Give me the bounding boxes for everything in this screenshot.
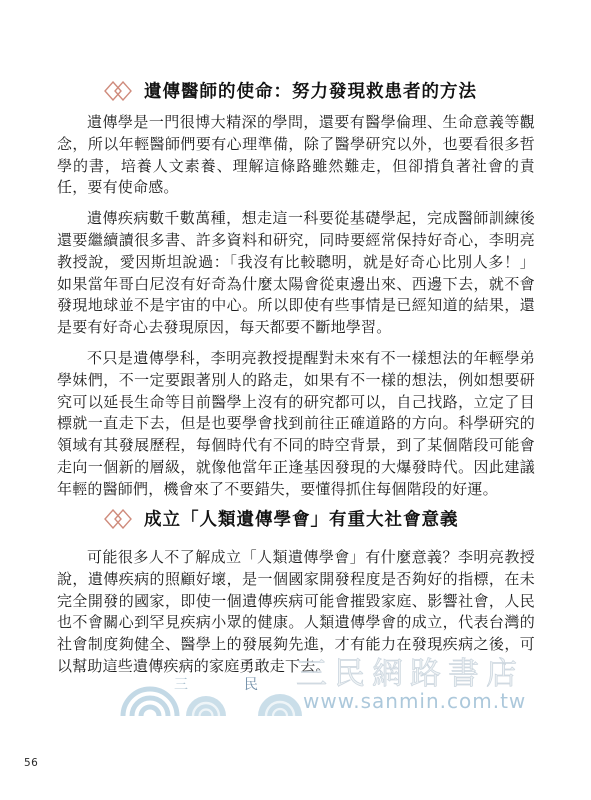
section-body: 可能很多人不了解成立「人類遺傳學會」有什麼意義？李明亮教授說，遺傳疾病的照顧好壞… — [57, 547, 535, 678]
sanmin-arch-icon — [186, 696, 226, 716]
paragraph: 遺傳學是一門很博大精深的學問，還要有醫學倫理、生命意義等觀念，所以年輕醫師們要有… — [57, 112, 535, 199]
sanmin-char-san: 三 — [174, 677, 188, 693]
paragraph: 不只是遺傳學科，李明亮教授提醒對未來有不一樣想法的年輕學弟學妹們，不一定要跟著別… — [57, 348, 535, 501]
double-diamond-icon — [103, 509, 133, 529]
section-heading: 成立「人類遺傳學會」有重大社會意義 — [103, 506, 459, 531]
section-body: 遺傳學是一門很博大精深的學問，還要有醫學倫理、生命意義等觀念，所以年輕醫師們要有… — [57, 112, 535, 501]
page-number: 56 — [24, 757, 38, 769]
sanmin-char-min: 民 — [244, 677, 258, 693]
book-page: 遺傳醫師的使命：努力發現救患者的方法 遺傳學是一門很博大精深的學問，還要有醫學倫… — [0, 0, 591, 800]
section-title: 遺傳醫師的使命：努力發現救患者的方法 — [144, 78, 477, 103]
sanmin-arches-icon — [123, 689, 177, 716]
section-heading: 遺傳醫師的使命：努力發現救患者的方法 — [103, 78, 477, 103]
paragraph: 可能很多人不了解成立「人類遺傳學會」有什麼意義？李明亮教授說，遺傳疾病的照顧好壞… — [57, 547, 535, 678]
section-title: 成立「人類遺傳學會」有重大社會意義 — [144, 506, 459, 531]
double-diamond-icon — [103, 81, 133, 101]
paragraph: 遺傳疾病數千數萬種，想走這一科要從基礎學起，完成醫師訓練後還要繼續讀很多書、許多… — [57, 208, 535, 339]
sanmin-url: www.sanmin.com.tw — [303, 689, 526, 713]
sanmin-arch-icon — [258, 694, 302, 716]
